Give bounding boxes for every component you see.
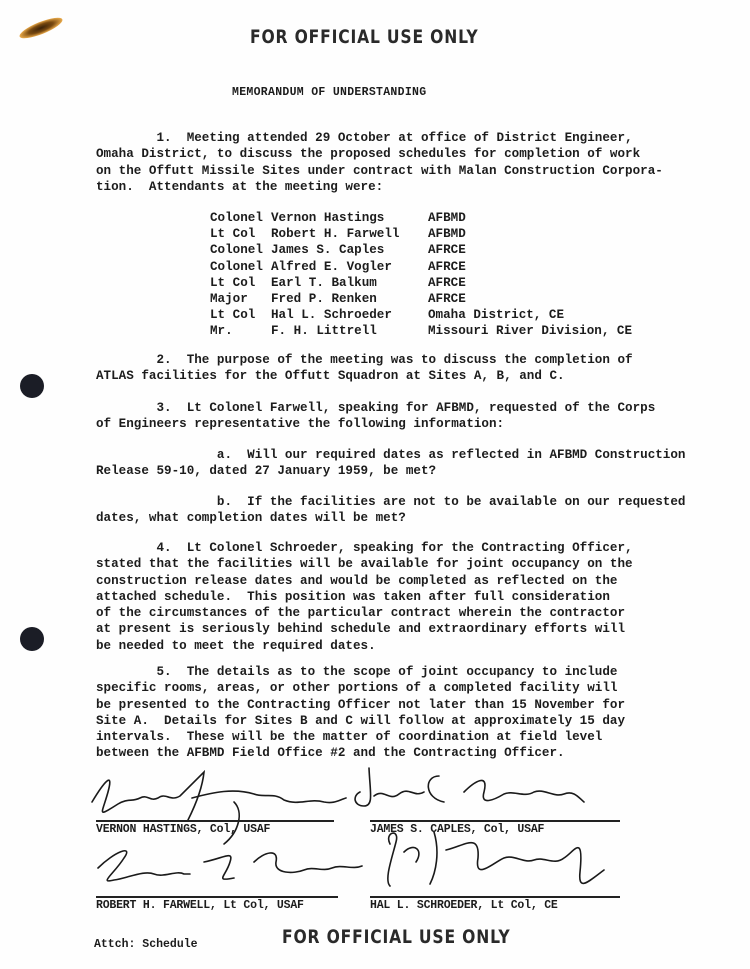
attendee-row: MajorFred P. RenkenAFRCE xyxy=(210,291,632,307)
paragraph-5: 5. The details as to the scope of joint … xyxy=(96,664,676,762)
attendee-row: Lt ColRobert H. FarwellAFBMD xyxy=(210,226,632,242)
signatory-schroeder: HAL L. SCHROEDER, Lt Col, CE xyxy=(370,899,558,912)
signatory-caples: JAMES S. CAPLES, Col, USAF xyxy=(370,823,544,836)
paragraph-4: 4. Lt Colonel Schroeder, speaking for th… xyxy=(96,540,676,654)
classification-stamp-bottom: FOR OFFICIAL USE ONLY xyxy=(282,926,511,948)
memo-page: FOR OFFICIAL USE ONLY MEMORANDUM OF UNDE… xyxy=(0,0,750,969)
signature-line-hastings xyxy=(96,820,334,822)
signatory-farwell: ROBERT H. FARWELL, Lt Col, USAF xyxy=(96,899,304,912)
attendee-row: Lt ColHal L. SchroederOmaha District, CE xyxy=(210,307,632,323)
punch-hole-top xyxy=(20,374,44,398)
signature-line-schroeder xyxy=(370,896,620,898)
attachment-note: Attch: Schedule xyxy=(94,938,198,951)
handwritten-signatures xyxy=(84,762,644,912)
attendees-list: ColonelVernon HastingsAFBMD Lt ColRobert… xyxy=(210,210,632,340)
paragraph-3: 3. Lt Colonel Farwell, speaking for AFBM… xyxy=(96,400,676,433)
burn-mark xyxy=(17,14,64,42)
paragraph-1: 1. Meeting attended 29 October at office… xyxy=(96,130,676,195)
attendee-row: Lt ColEarl T. BalkumAFRCE xyxy=(210,275,632,291)
signature-line-caples xyxy=(370,820,620,822)
signatory-hastings: VERNON HASTINGS, Col, USAF xyxy=(96,823,270,836)
attendee-row: ColonelVernon HastingsAFBMD xyxy=(210,210,632,226)
signature-line-farwell xyxy=(96,896,338,898)
attendee-row: Mr.F. H. LittrellMissouri River Division… xyxy=(210,323,632,339)
attendee-row: ColonelAlfred E. VoglerAFRCE xyxy=(210,259,632,275)
memo-title: MEMORANDUM OF UNDERSTANDING xyxy=(232,86,426,99)
attendee-row: ColonelJames S. CaplesAFRCE xyxy=(210,242,632,258)
punch-hole-bottom xyxy=(20,627,44,651)
classification-stamp-top: FOR OFFICIAL USE ONLY xyxy=(250,26,479,48)
paragraph-3b: b. If the facilities are not to be avail… xyxy=(96,494,676,527)
paragraph-2: 2. The purpose of the meeting was to dis… xyxy=(96,352,676,385)
paragraph-3a: a. Will our required dates as reflected … xyxy=(96,447,676,480)
